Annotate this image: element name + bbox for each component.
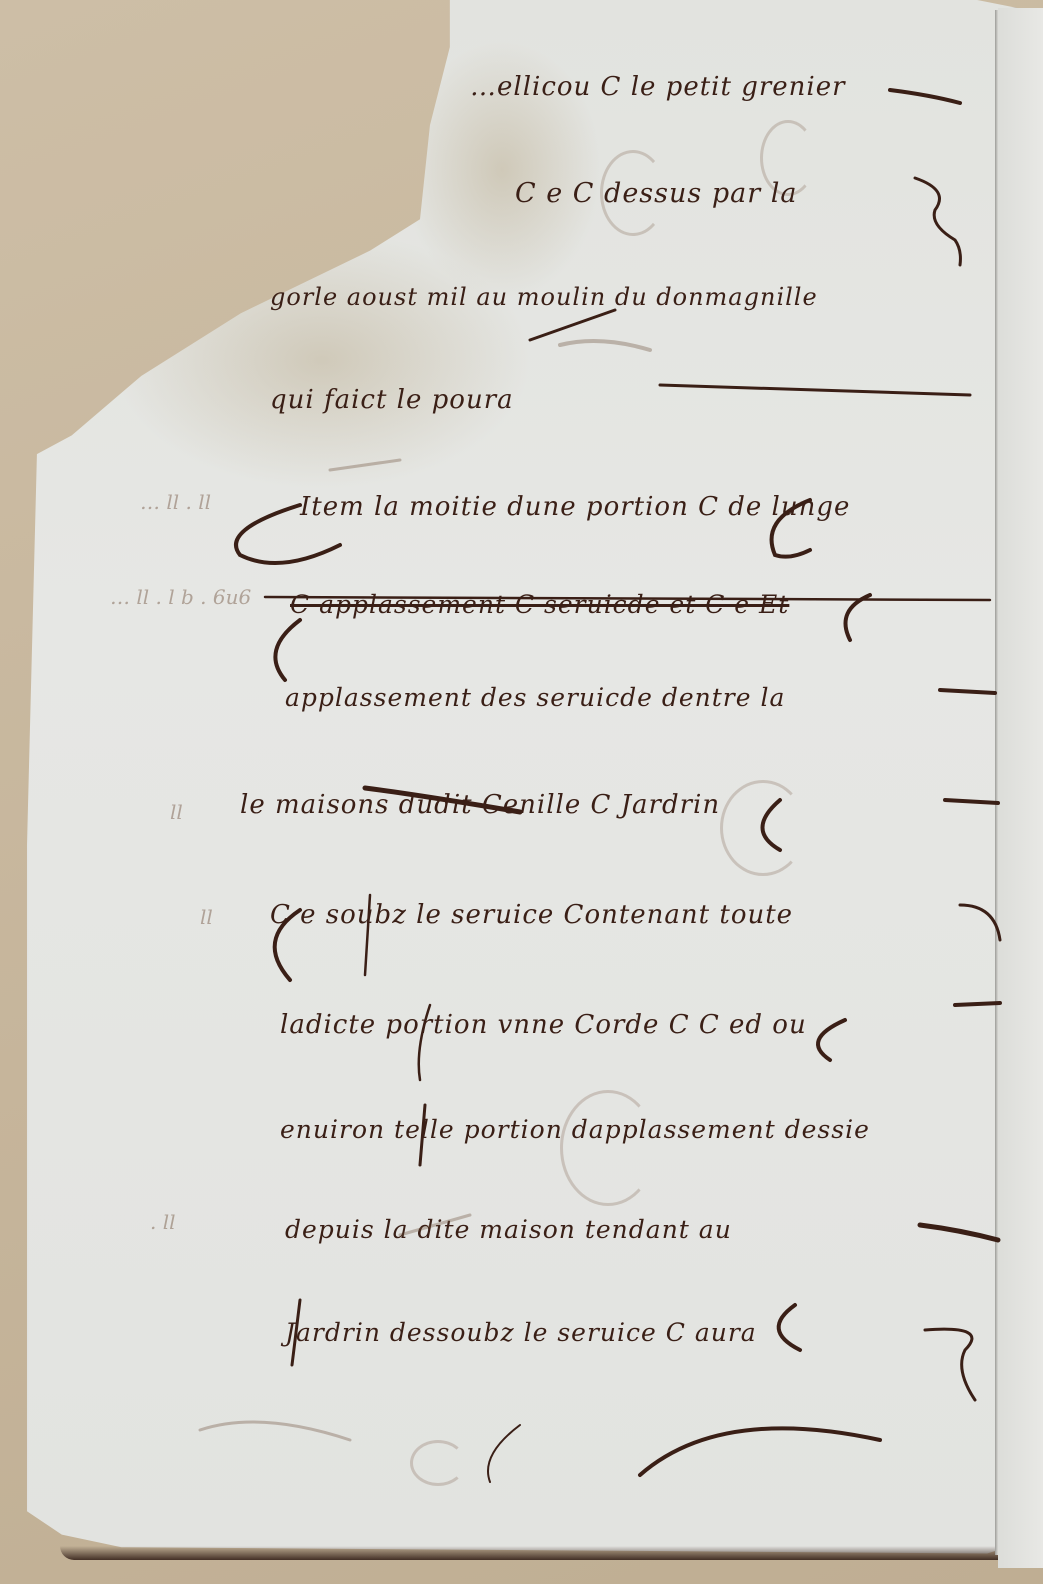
ink-flourishes: [0, 0, 1043, 1584]
